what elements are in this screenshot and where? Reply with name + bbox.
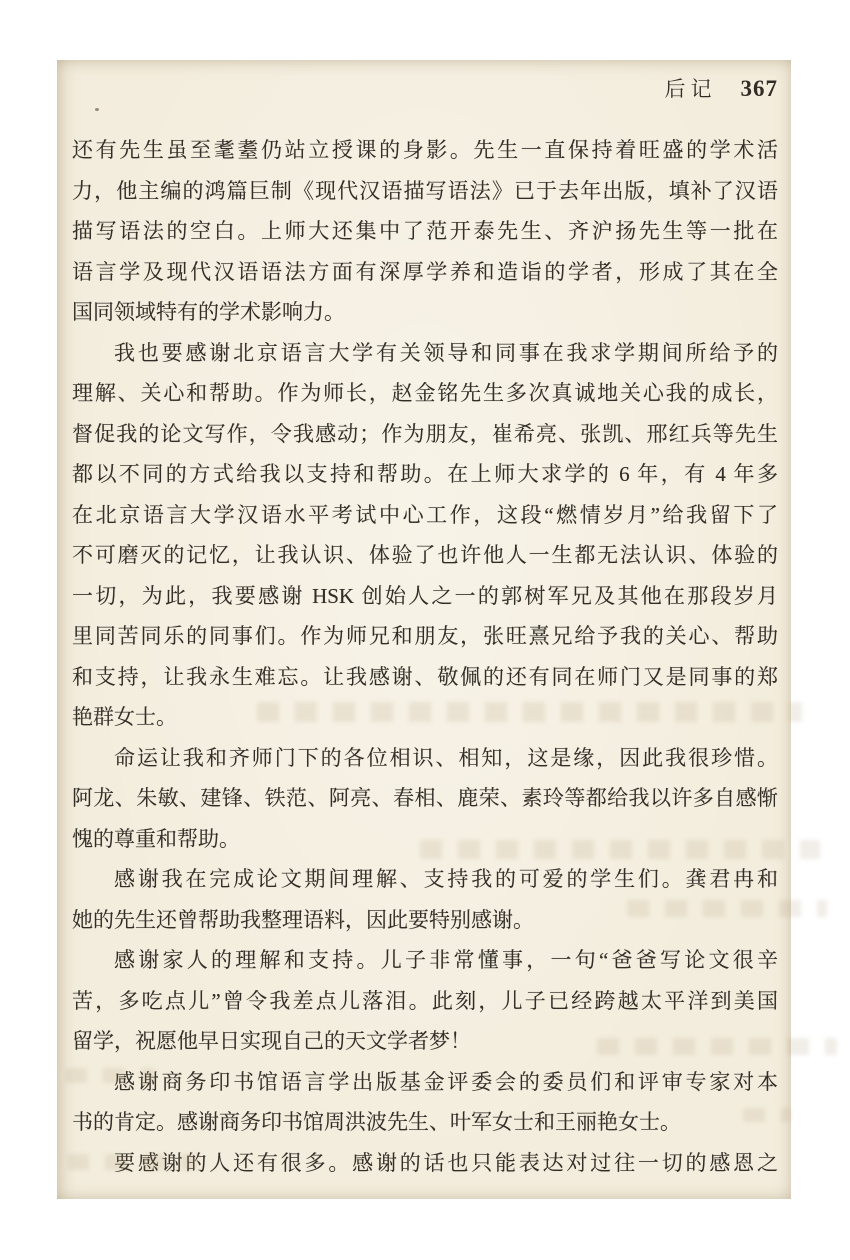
paragraph: 我也要感谢北京语言大学有关领导和同事在我求学期间所给予的理解、关心和帮助。作为师… <box>72 333 778 738</box>
text-line: 国同领域特有的学术影响力。 <box>72 292 778 333</box>
bleed-through-artifact <box>597 1038 837 1055</box>
text-line: 里同苦同乐的同事们。作为师兄和朋友，张旺熹兄给予我的关心、帮助 <box>72 616 778 657</box>
text-line: 语言学及现代汉语语法方面有深厚学养和造诣的学者，形成了其在全 <box>72 252 778 293</box>
text-line: 还有先生虽至耄耋仍站立授课的身影。先生一直保持着旺盛的学术活 <box>72 130 778 171</box>
bleed-through-artifact <box>65 1068 155 1083</box>
bleed-through-artifact <box>743 1108 791 1122</box>
paragraph: 还有先生虽至耄耋仍站立授课的身影。先生一直保持着旺盛的学术活力，他主编的鸿篇巨制… <box>72 130 778 333</box>
page-header: 后记 367 <box>72 73 778 103</box>
running-head-section-title: 后记 <box>665 77 717 101</box>
book-page: 后记 367 还有先生虽至耄耋仍站立授课的身影。先生一直保持着旺盛的学术活力，他… <box>57 60 791 1199</box>
text-line: 书的肯定。感谢商务印书馆周洪波先生、叶军女士和王丽艳女士。 <box>72 1102 778 1143</box>
scan-speck <box>95 108 99 111</box>
text-line: 力，他主编的鸿篇巨制《现代汉语描写语法》已于去年出版，填补了汉语 <box>72 171 778 212</box>
text-line: 都以不同的方式给我以支持和帮助。在上师大求学的 6 年，有 4 年多 <box>72 454 778 495</box>
page-body: 还有先生虽至耄耋仍站立授课的身影。先生一直保持着旺盛的学术活力，他主编的鸿篇巨制… <box>72 130 778 1183</box>
text-line: 理解、关心和帮助。作为师长，赵金铭先生多次真诚地关心我的成长， <box>72 373 778 414</box>
page-number: 367 <box>741 76 779 101</box>
bleed-through-artifact <box>420 840 820 859</box>
bleed-through-artifact <box>67 1154 197 1170</box>
bleed-through-artifact <box>257 702 802 722</box>
text-line: 我也要感谢北京语言大学有关领导和同事在我求学期间所给予的 <box>72 333 778 374</box>
text-line: 感谢家人的理解和支持。儿子非常懂事，一句“爸爸写论文很辛 <box>72 940 778 981</box>
text-line: 命运让我和齐师门下的各位相识、相知，这是缘，因此我很珍惜。 <box>72 738 778 779</box>
text-line: 在北京语言大学汉语水平考试中心工作，这段“燃情岁月”给我留下了 <box>72 495 778 536</box>
bleed-through-artifact <box>627 900 827 917</box>
text-line: 和支持，让我永生难忘。让我感谢、敬佩的还有同在师门又是同事的郑 <box>72 657 778 698</box>
text-line: 感谢我在完成论文期间理解、支持我的可爱的学生们。龚君冉和 <box>72 859 778 900</box>
scan-background: 后记 367 还有先生虽至耄耋仍站立授课的身影。先生一直保持着旺盛的学术活力，他… <box>0 0 850 1260</box>
text-line: 督促我的论文写作，令我感动；作为朋友，崔希亮、张凯、邢红兵等先生 <box>72 414 778 455</box>
text-line: 不可磨灭的记忆，让我认识、体验了也许他人一生都无法认识、体验的 <box>72 535 778 576</box>
text-line: 一切，为此，我要感谢 HSK 创始人之一的郭树军兄及其他在那段岁月 <box>72 576 778 617</box>
paragraph: 感谢商务印书馆语言学出版基金评委会的委员们和评审专家对本书的肯定。感谢商务印书馆… <box>72 1062 778 1143</box>
text-line: 描写语法的空白。上师大还集中了范开泰先生、齐沪扬先生等一批在 <box>72 211 778 252</box>
text-line: 感谢商务印书馆语言学出版基金评委会的委员们和评审专家对本 <box>72 1062 778 1103</box>
text-line: 苦，多吃点儿”曾令我差点儿落泪。此刻，儿子已经跨越太平洋到美国 <box>72 981 778 1022</box>
text-line: 阿龙、朱敏、建锋、铁范、阿亮、春相、鹿荣、素玲等都给我以许多自感惭 <box>72 778 778 819</box>
